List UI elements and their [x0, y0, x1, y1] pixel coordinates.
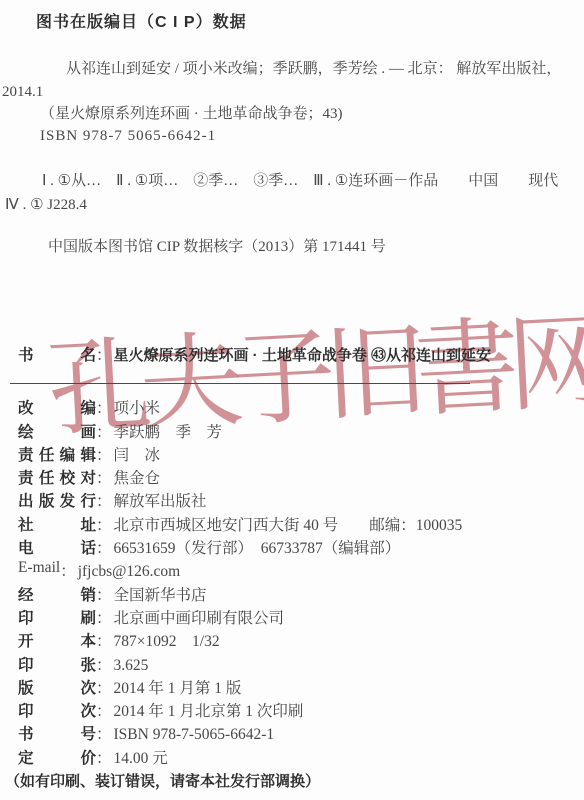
- colophon-row: 社址：北京市西城区地安门西大街 40 号 邮编：100035: [18, 513, 584, 536]
- row-value: 星火燎原系列连环画 · 土地革命战争卷 ㊸从祁连山到延安: [112, 347, 492, 364]
- colophon-row: 印刷：北京画中画印刷有限公司: [18, 606, 584, 629]
- row-value: ISBN 978-7-5065-6642-1: [112, 726, 275, 743]
- row-label: 社址: [18, 513, 96, 535]
- row-value: 闫 冰: [112, 447, 161, 464]
- row-colon: ：: [96, 540, 112, 557]
- row-colon: ：: [60, 563, 76, 580]
- colophon-row: 绘画：季跃鹏 季 芳: [18, 420, 584, 443]
- book-title-row: 书名：星火燎原系列连环画 · 土地革命战争卷 ㊸从祁连山到延安: [18, 343, 584, 366]
- colophon-row: 开本：787×1092 1/32: [18, 629, 584, 652]
- row-colon: ：: [96, 657, 112, 674]
- row-label: 改编: [18, 396, 96, 418]
- row-label: 印次: [18, 699, 96, 721]
- row-value: 北京市西城区地安门西大街 40 号 邮编：100035: [112, 517, 463, 534]
- row-colon: ：: [96, 633, 112, 650]
- row-colon: ：: [96, 703, 112, 720]
- cip-classification-line1: Ⅰ . ①从… Ⅱ . ①项… ②季… ③季… Ⅲ . ①连环画－作品 中国 现…: [42, 172, 584, 191]
- colophon-row: 改编：项小米: [18, 396, 584, 419]
- row-value: 项小米: [112, 400, 161, 417]
- colophon-row: 出版发行：解放军出版社: [18, 489, 584, 512]
- row-value: 14.00 元: [112, 750, 168, 767]
- colophon-row: 责任校对：焦金仓: [18, 466, 584, 489]
- row-colon: ：: [96, 750, 112, 767]
- colophon-row: 印次：2014 年 1 月北京第 1 次印刷: [18, 699, 584, 722]
- cip-description-line2: 2014.1: [2, 83, 584, 102]
- row-colon: ：: [96, 447, 112, 464]
- row-value: jfjcbs@126.com: [76, 563, 181, 580]
- row-label: 经销: [18, 583, 96, 605]
- row-label: 出版发行: [18, 489, 96, 511]
- row-label: E-mail: [18, 559, 60, 577]
- row-label: 电话: [18, 536, 96, 558]
- row-value: 全国新华书店: [112, 587, 207, 604]
- row-colon: ：: [96, 726, 112, 743]
- row-label: 书名: [18, 343, 96, 365]
- row-colon: ：: [96, 400, 112, 417]
- row-value: 解放军出版社: [112, 493, 207, 510]
- row-label: 印张: [18, 653, 96, 675]
- row-value: 2014 年 1 月第 1 版: [112, 680, 242, 697]
- row-value: 北京画中画印刷有限公司: [112, 610, 285, 627]
- row-label: 责任编辑: [18, 443, 96, 465]
- errata-note: （如有印刷、装订错误，请寄本社发行部调换）: [5, 770, 584, 791]
- cip-record-number: 中国版本图书馆 CIP 数据核字（2013）第 171441 号: [48, 238, 584, 257]
- colophon-rows: 改编：项小米绘画：季跃鹏 季 芳责任编辑：闫 冰责任校对：焦金仓出版发行：解放军…: [18, 396, 584, 769]
- row-colon: ：: [96, 610, 112, 627]
- row-colon: ：: [96, 680, 112, 697]
- row-colon: ：: [96, 493, 112, 510]
- separator-line: [10, 383, 470, 384]
- cip-isbn: ISBN 978-7 5065-6642-1: [40, 127, 584, 146]
- row-colon: ：: [96, 587, 112, 604]
- colophon-row: 版次：2014 年 1 月第 1 版: [18, 676, 584, 699]
- row-colon: ：: [96, 347, 112, 364]
- row-label: 版次: [18, 676, 96, 698]
- cip-classification-line2: Ⅳ . ① J228.4: [5, 196, 584, 215]
- row-value: 焦金仓: [112, 470, 161, 487]
- colophon-row: 责任编辑：闫 冰: [18, 443, 584, 466]
- row-label: 绘画: [18, 420, 96, 442]
- row-value: 66531659（发行部） 66733787（编辑部）: [112, 540, 401, 557]
- row-label: 开本: [18, 629, 96, 651]
- row-value: 2014 年 1 月北京第 1 次印刷: [112, 703, 304, 720]
- row-colon: ：: [96, 517, 112, 534]
- colophon: 书名：星火燎原系列连环画 · 土地革命战争卷 ㊸从祁连山到延安 改编：项小米绘画…: [18, 343, 584, 791]
- row-value: 787×1092 1/32: [112, 633, 220, 650]
- colophon-row: 电话：66531659（发行部） 66733787（编辑部）: [18, 536, 584, 559]
- row-colon: ：: [96, 470, 112, 487]
- cip-description-line1: 从祁连山到延安 / 项小米改编；季跃鹏，季芳绘 . — 北京： 解放军出版社，: [66, 60, 584, 79]
- row-label: 责任校对: [18, 466, 96, 488]
- row-value: 季跃鹏 季 芳: [112, 424, 223, 441]
- colophon-row: 印张：3.625: [18, 653, 584, 676]
- colophon-row: 经销：全国新华书店: [18, 583, 584, 606]
- row-label: 书号: [18, 722, 96, 744]
- page-content: 图书在版编目（C I P）数据 从祁连山到延安 / 项小米改编；季跃鹏，季芳绘 …: [0, 9, 584, 791]
- cip-header: 图书在版编目（C I P）数据: [36, 9, 584, 32]
- copyright-page: 孔夫子旧書网 图书在版编目（C I P）数据 从祁连山到延安 / 项小米改编；季…: [0, 0, 584, 800]
- colophon-row: 定价：14.00 元: [18, 746, 584, 769]
- row-label: 印刷: [18, 606, 96, 628]
- colophon-row: E-mail：jfjcbs@126.com: [18, 559, 584, 582]
- row-label: 定价: [18, 746, 96, 768]
- colophon-row: 书号：ISBN 978-7-5065-6642-1: [18, 722, 584, 745]
- cip-series-note: （星火燎原系列连环画 · 土地革命战争卷；43): [40, 105, 584, 124]
- row-value: 3.625: [112, 657, 149, 674]
- row-colon: ：: [96, 424, 112, 441]
